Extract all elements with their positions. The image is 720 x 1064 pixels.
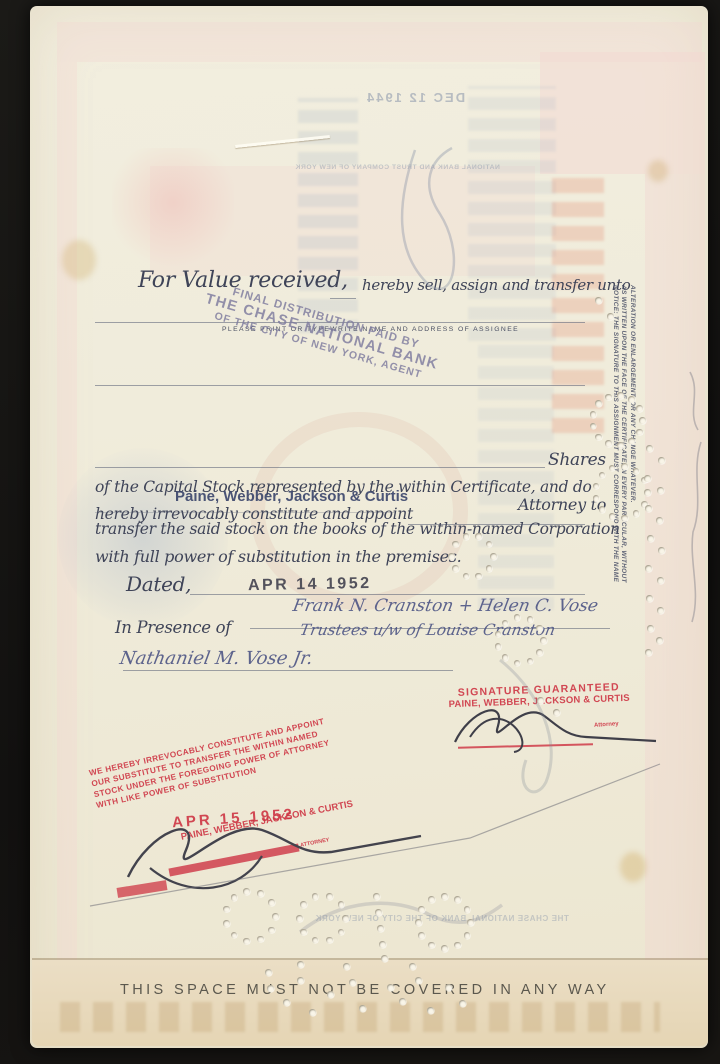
stain-spot (62, 240, 96, 280)
transfer-line-1: transfer the said stock on the books of … (95, 520, 620, 538)
shares-label: Shares (548, 450, 606, 470)
notice-line-3: ALTERATION OR ENLARGEMENT, OR ANY CHANGE… (627, 285, 636, 583)
appointee-underline (95, 512, 395, 513)
witness-signature: Nathaniel M. Vose Jr. (118, 648, 314, 669)
transfer-line-2: with full power of substitution in the p… (95, 547, 461, 566)
blank-line (330, 298, 356, 299)
appointee-stamp: Paine, Webber, Jackson & Curtis (175, 488, 408, 505)
stain-spot (648, 160, 668, 182)
notice-line-2: AS WRITTEN UPON THE FACE OF THE CERTIFIC… (619, 285, 628, 583)
notice-block: ALTERATION OR ENLARGEMENT, OR ANY CHANGE… (610, 285, 636, 583)
dated-label: Dated, (126, 572, 191, 596)
bottom-warning: THIS SPACE MUST NOT BE COVERED IN ANY WA… (120, 982, 610, 998)
assignee-line-2 (95, 385, 585, 386)
date-stamp-apr14: APR 14 1952 (248, 575, 372, 595)
trustees-notation: Trustees u/w of Louise Cranston (298, 621, 556, 639)
presence-label: In Presence of (115, 618, 231, 637)
signature-line-2 (123, 670, 453, 671)
shares-line (95, 467, 545, 468)
bottom-tan-band (32, 960, 708, 1046)
scanned-certificate-back: DEC 12 1944 NATIONAL BANK AND TRUST COMP… (0, 0, 720, 1064)
notice-line-1: NOTICE: THE SIGNATURE TO THIS ASSIGNMENT… (610, 285, 619, 583)
stain-spot (620, 852, 646, 882)
transfer-unto-text: hereby sell, assign and transfer unto (362, 276, 630, 294)
attorney-label: Attorney to (518, 495, 606, 514)
seller-signature: Frank N. Cranston + Helen C. Vose (291, 596, 600, 616)
